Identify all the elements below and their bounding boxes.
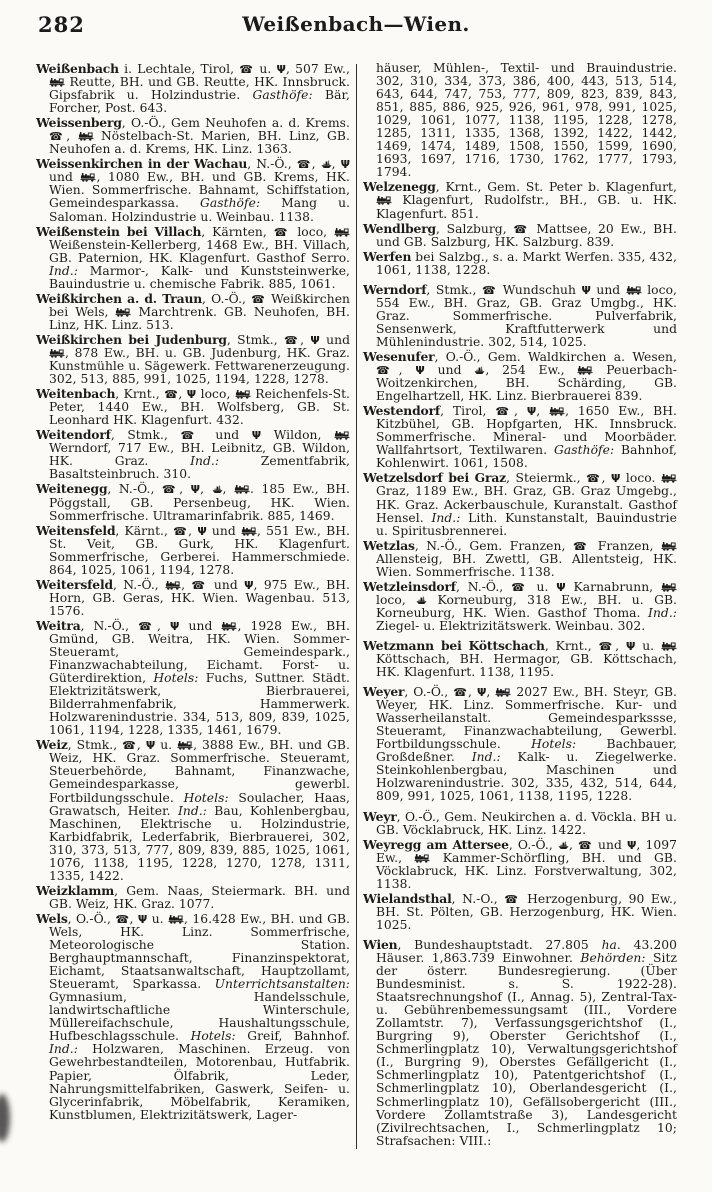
entry-text: und — [179, 619, 221, 633]
entry-text: , N.-Ö., — [81, 619, 139, 633]
entry-headword: Weißenbach — [36, 61, 119, 76]
telegraph-icon: Ψ — [477, 685, 486, 699]
entry-text: u. — [529, 580, 557, 594]
railway-icon — [115, 305, 131, 319]
entry-headword: Weyregg am Attersee — [363, 837, 509, 852]
entry-text: , N.-Ö., Gem. Franzen, — [415, 539, 573, 553]
entry-text: und — [203, 428, 252, 442]
column-divider — [356, 64, 357, 1149]
entry-text: u. — [254, 62, 276, 76]
entry-text: Klagenfurt, Rudolfstr., BH., GB. u. HK. … — [376, 193, 677, 220]
entry-text: , — [200, 482, 211, 496]
entry-text: Wundschuh — [497, 283, 581, 297]
railway-icon — [661, 471, 677, 485]
phone-icon: ☎ — [191, 578, 207, 592]
entry-text: , N.-Ö., — [456, 580, 511, 594]
phone-icon: ☎ — [115, 912, 129, 926]
directory-entry-weitra: Weitra, N.-Ö., ☎, Ψ und , 1928 Ew., BH. … — [36, 619, 350, 737]
railway-icon — [49, 346, 65, 360]
entry-text: Ziegel- u. Elektrizitätswerk. Weinbau. 3… — [376, 619, 645, 633]
directory-entry-wielandsthal: Wielandsthal, N.-O., ☎ Herzogenburg, 90 … — [363, 892, 677, 932]
entry-headword: Weißkirchen bei Judenburg — [36, 332, 227, 347]
entry-text: , — [188, 524, 197, 538]
phone-icon: ☎ — [274, 225, 291, 239]
directory-entry-wetzmann-bei-koettschach: Wetzmann bei Köttschach, Krnt., ☎, Ψ u. … — [363, 639, 677, 679]
entry-headword: Weizklamm — [36, 883, 114, 898]
directory-entry-weyer: Weyer, O.-Ö., ☎, Ψ, 2027 Ew., BH. Steyr,… — [363, 685, 677, 803]
phone-icon: ☎ — [495, 404, 514, 418]
entry-text: und — [207, 524, 241, 538]
entry-text: und — [320, 333, 350, 347]
railway-icon — [78, 129, 94, 143]
entry-text: Köttschach, BH. Hermagor, GB. Köttschach… — [376, 652, 677, 679]
telegraph-icon: Ψ — [252, 428, 261, 442]
phone-icon: ☎ — [482, 283, 497, 297]
entry-text: , — [130, 912, 138, 926]
entry-italic-label: Gasthöfe: — [200, 196, 260, 210]
entry-text: , — [66, 129, 77, 143]
entry-headword: Weitra — [36, 618, 81, 633]
entry-headword: Wetzlas — [363, 538, 415, 553]
entry-headword: Wesenufer — [363, 349, 435, 364]
telegraph-icon: Ψ — [244, 578, 253, 592]
phone-icon: ☎ — [376, 363, 399, 377]
directory-entry-wetzelsdorf-bei-graz: Wetzelsdorf bei Graz, Steiermk., ☎, Ψ lo… — [363, 471, 677, 537]
phone-icon: ☎ — [511, 580, 529, 594]
entry-text: , O.-Ö., Gem Neuhofen a. d. Krems. — [122, 116, 350, 130]
directory-entry-wels-continuation: häuser, Mühlen-, Textil- und Brauindustr… — [363, 62, 677, 179]
railway-icon — [661, 580, 677, 594]
phone-icon: ☎ — [251, 292, 266, 306]
entry-text: , Kärnt., — [115, 524, 173, 538]
railway-icon — [376, 193, 392, 207]
railway-icon — [661, 539, 677, 553]
entry-text: , — [179, 482, 190, 496]
entry-text: und — [208, 578, 245, 592]
entry-headword: Wetzmann bei Köttschach — [363, 638, 545, 653]
railway-icon — [334, 225, 350, 239]
entry-text: Weißenstein-Kellerberg, 1468 Ew., BH. Vi… — [49, 238, 350, 265]
phone-icon: ☎ — [453, 685, 468, 699]
entry-text: Franzen, — [590, 539, 661, 553]
entry-text: , O.-Ö., Gem. Neukirchen a. d. Vöckla. B… — [376, 810, 677, 837]
entry-headword: Wendlberg — [363, 221, 436, 236]
directory-entry-weissenbach-i-lechtale: Weißenbach i. Lechtale, Tirol, ☎ u. Ψ, 5… — [36, 62, 350, 115]
railway-icon — [168, 912, 184, 926]
telegraph-icon: Ψ — [310, 333, 319, 347]
entry-text: , — [181, 578, 191, 592]
phone-icon: ☎ — [297, 157, 312, 171]
entry-italic-label: ha. — [602, 938, 621, 952]
entry-text: , — [137, 738, 146, 752]
entry-italic-label: Unterrichtsanstalten: — [215, 977, 350, 991]
railway-icon — [549, 404, 565, 418]
entry-text: , O.-Ö., — [509, 838, 558, 852]
railway-icon — [626, 283, 642, 297]
phone-icon: ☎ — [504, 892, 520, 906]
telegraph-icon: Ψ — [138, 912, 147, 926]
railway-icon — [661, 639, 677, 653]
entry-text: , O.-Ö., — [404, 685, 453, 699]
entry-text: u. — [147, 912, 168, 926]
telegraph-icon: Ψ — [527, 404, 536, 418]
entry-headword: Werfen — [363, 249, 411, 264]
telegraph-icon: Ψ — [415, 363, 424, 377]
phone-icon: ☎ — [578, 838, 593, 852]
entry-italic-label: Ind.: — [472, 750, 501, 764]
entry-text: Greif, Bahnhof. — [236, 1029, 350, 1043]
entry-italic-label: Gasthöfe: — [253, 88, 313, 102]
entry-text: loco, — [290, 225, 334, 239]
entry-text: Holzwaren, Maschinen. Erzeug. von Gewehr… — [49, 1042, 350, 1121]
entry-text: , Krnt., Gem. St. Peter b. Klagenfurt, — [436, 180, 677, 194]
phone-icon: ☎ — [164, 387, 178, 401]
telegraph-icon: Ψ — [627, 838, 636, 852]
entry-text: , — [601, 471, 610, 485]
entry-text: , N.-Ö., — [107, 482, 161, 496]
ship-icon — [474, 363, 485, 377]
directory-entry-werfen: Werfen bei Salzbg., s. a. Markt Werfen. … — [363, 250, 677, 277]
directory-entry-weissenkirchen-in-der-wachau: Weissenkirchen in der Wachau, N.-Ö., ☎, … — [36, 157, 350, 223]
entry-headword: Weitenegg — [36, 481, 107, 496]
phone-icon: ☎ — [239, 62, 254, 76]
entry-text: und — [49, 170, 80, 184]
entry-headword: Wetzelsdorf bei Graz — [363, 470, 506, 485]
directory-entry-weitenbach: Weitenbach, Krnt., ☎, Ψ loco, Reichenfel… — [36, 387, 350, 427]
directory-entry-wendlberg: Wendlberg, Salzburg, ☎ Mattsee, 20 Ew., … — [363, 222, 677, 249]
entry-text: , Kärnten, — [201, 225, 274, 239]
entry-headword: Weyer — [363, 684, 404, 699]
entry-text: und — [591, 283, 626, 297]
phone-icon: ☎ — [173, 524, 188, 538]
entry-headword: Weissenberg — [36, 115, 122, 130]
entry-text: , 507 Ew., — [286, 62, 350, 76]
entry-headword: Welzenegg — [363, 179, 436, 194]
entry-headword: Weissenkirchen in der Wachau — [36, 156, 247, 171]
entry-headword: Weitensfeld — [36, 523, 115, 538]
entry-text: , Krnt., — [545, 639, 599, 653]
entry-text: , — [399, 363, 416, 377]
telegraph-icon: Ψ — [611, 471, 620, 485]
entry-text: , Bundeshauptstadt. 27.805 — [397, 938, 601, 952]
entry-text: u. — [155, 738, 177, 752]
directory-entry-weitendorf: Weitendorf, Stmk., ☎ und Ψ Wildon, Wernd… — [36, 428, 350, 481]
directory-entry-weyr: Weyr, O.-Ö., Gem. Neukirchen a. d. Vöckl… — [363, 810, 677, 837]
entry-headword: Wielandsthal — [363, 891, 452, 906]
railway-icon — [414, 851, 430, 865]
entry-text: , O.-Ö., Gem. Waldkirchen a. Wesen, — [435, 350, 677, 364]
directory-entry-westendorf: Westendorf, Tirol, ☎, Ψ, , 1650 Ew., BH.… — [363, 404, 677, 470]
entry-text: , Stmk., — [227, 333, 284, 347]
entry-text: , Stmk., — [426, 283, 482, 297]
entry-text: , O.-Ö., — [68, 912, 116, 926]
entry-text: Allensteig, BH. Zwettl, GB. Allentsteig,… — [376, 552, 677, 579]
railway-icon — [165, 578, 181, 592]
entry-text: , Stmk., — [111, 428, 181, 442]
directory-entry-weizklamm: Weizklamm, Gem. Naas, Steiermark. BH. un… — [36, 884, 350, 911]
entry-text: , O.-Ö., — [202, 292, 251, 306]
phone-icon: ☎ — [49, 129, 66, 143]
telegraph-icon: Ψ — [187, 387, 196, 401]
entry-headword: Werndorf — [363, 282, 426, 297]
entry-headword: Weyr — [363, 809, 397, 824]
entry-text: , N.-O., — [452, 892, 505, 906]
phone-icon: ☎ — [599, 639, 616, 653]
entry-headword: Weißkirchen a. d. Traun — [36, 291, 202, 306]
entry-italic-label: Ind.: — [431, 511, 460, 525]
entry-headword: Weiz — [36, 737, 68, 752]
entry-italic-label: Gasthöfe: — [554, 443, 614, 457]
railway-icon — [495, 685, 511, 699]
entry-headword: Wien — [363, 937, 397, 952]
entry-text: , N.-Ö., — [113, 578, 165, 592]
entry-text: , — [300, 333, 310, 347]
directory-entry-wetzleinsdorf: Wetzleinsdorf, N.-Ö., ☎ u. Ψ Karnabrunn,… — [363, 580, 677, 633]
railway-icon — [241, 524, 257, 538]
entry-text: , Steiermk., — [506, 471, 586, 485]
entry-text: , — [223, 482, 234, 496]
railway-icon — [334, 428, 350, 442]
entry-text: loco. — [620, 471, 661, 485]
directory-entry-weisskirchen-bei-judenburg: Weißkirchen bei Judenburg, Stmk., ☎, Ψ u… — [36, 333, 350, 386]
entry-text: , — [615, 639, 626, 653]
entry-text: loco, — [376, 593, 416, 607]
entry-headword: Wels — [36, 911, 68, 926]
entry-italic-label: Ind.: — [178, 804, 207, 818]
telegraph-icon: Ψ — [626, 639, 635, 653]
ship-icon — [212, 482, 223, 496]
railway-icon — [235, 387, 251, 401]
directory-entry-weitensfeld: Weitensfeld, Kärnt., ☎, Ψ und , 551 Ew.,… — [36, 524, 350, 577]
entry-text: , — [468, 685, 477, 699]
entry-headword: Wetzleinsdorf — [363, 579, 456, 594]
entry-italic-label: Ind.: — [190, 454, 219, 468]
entry-text: , — [536, 404, 549, 418]
entry-text: , 878 Ew., BH. u. GB. Judenburg, HK. Gra… — [49, 346, 350, 386]
entry-text: , Stmk., — [68, 738, 122, 752]
entry-italic-label: Ind.: — [49, 264, 78, 278]
entry-text: Marmor-, Kalk- und Kunststeinwerke, Baui… — [49, 264, 350, 291]
entry-text: bei Salzbg., s. a. Markt Werfen. 335, 43… — [376, 250, 677, 277]
entry-italic-label: Ind.: — [648, 606, 677, 620]
directory-entry-welzenegg: Welzenegg, Krnt., Gem. St. Peter b. Klag… — [363, 180, 677, 220]
directory-entry-wien: Wien, Bundeshauptstadt. 27.805 ha. 43.20… — [363, 938, 677, 1148]
page-title: Weißenbach—Wien. — [0, 12, 712, 36]
telegraph-icon: Ψ — [197, 524, 206, 538]
entry-text: , — [486, 685, 495, 699]
entry-italic-label: Hotels: — [531, 737, 576, 751]
telegraph-icon: Ψ — [556, 580, 565, 594]
railway-icon — [577, 363, 593, 377]
entry-italic-label: Hotels: — [153, 671, 198, 685]
directory-entry-weissenstein-bei-villach: Weißenstein bei Villach, Kärnten, ☎ loco… — [36, 225, 350, 291]
entry-text: , Krnt., — [115, 387, 164, 401]
directory-entry-wetzlas: Wetzlas, N.-Ö., Gem. Franzen, ☎ Franzen,… — [363, 539, 677, 579]
phone-icon: ☎ — [573, 539, 590, 553]
entry-headword: Weißenstein bei Villach — [36, 224, 201, 239]
entry-text: , — [569, 838, 578, 852]
directory-entry-wels: Wels, O.-Ö., ☎, Ψ u. , 16.428 Ew., BH. u… — [36, 912, 350, 1122]
directory-entry-weitersfeld: Weitersfeld, N.-Ö., , ☎ und Ψ, 975 Ew., … — [36, 578, 350, 618]
entry-text: , — [514, 404, 527, 418]
railway-icon — [177, 738, 193, 752]
entry-text: , Tirol, — [440, 404, 495, 418]
directory-entry-weiz: Weiz, Stmk., ☎, Ψ u. , 3888 Ew., BH. und… — [36, 738, 350, 883]
phone-icon: ☎ — [162, 482, 179, 496]
entry-text: Sitz der österr. Bundesregierung. (Über … — [376, 951, 677, 1148]
telegraph-icon: Ψ — [191, 482, 200, 496]
telegraph-icon: Ψ — [341, 157, 350, 171]
directory-page: 282 Weißenbach—Wien. Weißenbach i. Lecht… — [0, 0, 712, 1192]
entry-text: , — [157, 619, 170, 633]
entry-text: und — [425, 363, 475, 377]
railway-icon — [80, 170, 96, 184]
railway-icon — [234, 482, 250, 496]
entry-text: loco, — [196, 387, 235, 401]
directory-entry-weisskirchen-a-d-traun: Weißkirchen a. d. Traun, O.-Ö., ☎ Weißki… — [36, 292, 350, 332]
two-column-text-block: Weißenbach i. Lechtale, Tirol, ☎ u. Ψ, 5… — [0, 56, 712, 1149]
entry-italic-label: Behörden: — [580, 951, 645, 965]
entry-text: , — [312, 157, 321, 171]
entry-headword: Weitersfeld — [36, 577, 113, 592]
entry-headword: Westendorf — [363, 403, 440, 418]
entry-headword: Weitendorf — [36, 427, 111, 442]
entry-text: , Salzburg, — [436, 222, 513, 236]
entry-italic-label: Ind.: — [49, 1042, 78, 1056]
entry-text: Karnabrunn, — [566, 580, 661, 594]
entry-text: i. Lechtale, Tirol, — [119, 62, 239, 76]
entry-text: , — [332, 157, 341, 171]
phone-icon: ☎ — [513, 222, 529, 236]
entry-text: häuser, Mühlen-, Textil- und Brauindustr… — [376, 61, 677, 179]
entry-italic-label: Hotels: — [184, 791, 229, 805]
entry-italic-label: Hotels: — [191, 1029, 236, 1043]
telegraph-icon: Ψ — [146, 738, 155, 752]
railway-icon — [221, 619, 237, 633]
left-column: Weißenbach i. Lechtale, Tirol, ☎ u. Ψ, 5… — [36, 62, 350, 1149]
entry-text: Wildon, — [261, 428, 334, 442]
phone-icon: ☎ — [180, 428, 202, 442]
entry-text: u. — [635, 639, 661, 653]
entry-headword: Weitenbach — [36, 386, 115, 401]
directory-entry-werndorf: Werndorf, Stmk., ☎ Wundschuh Ψ und loco,… — [363, 283, 677, 349]
right-column: häuser, Mühlen-, Textil- und Brauindustr… — [363, 62, 677, 1149]
railway-icon — [49, 75, 65, 89]
phone-icon: ☎ — [586, 471, 601, 485]
phone-icon: ☎ — [122, 738, 137, 752]
entry-text: , 254 Ew., — [485, 363, 577, 377]
page-number: 282 — [38, 12, 85, 37]
entry-text: Nöstelbach-St. Marien, BH. Linz, GB. Neu… — [49, 129, 350, 156]
phone-icon: ☎ — [138, 619, 157, 633]
directory-entry-weissenberg: Weissenberg, O.-Ö., Gem Neuhofen a. d. K… — [36, 116, 350, 156]
directory-entry-weyregg-am-attersee: Weyregg am Attersee, O.-Ö., , ☎ und Ψ, 1… — [363, 838, 677, 891]
page-header: 282 Weißenbach—Wien. — [0, 0, 712, 56]
ship-icon — [558, 838, 569, 852]
entry-text: , N.-Ö., — [247, 157, 297, 171]
ship-icon — [321, 157, 332, 171]
entry-text: , — [178, 387, 186, 401]
phone-icon: ☎ — [284, 333, 300, 347]
telegraph-icon: Ψ — [581, 283, 590, 297]
entry-text: und — [593, 838, 627, 852]
ship-icon — [416, 593, 427, 607]
directory-entry-wesenufer: Wesenufer, O.-Ö., Gem. Waldkirchen a. We… — [363, 350, 677, 403]
directory-entry-weitenegg: Weitenegg, N.-Ö., ☎, Ψ, , . 185 Ew., BH.… — [36, 482, 350, 522]
telegraph-icon: Ψ — [277, 62, 286, 76]
